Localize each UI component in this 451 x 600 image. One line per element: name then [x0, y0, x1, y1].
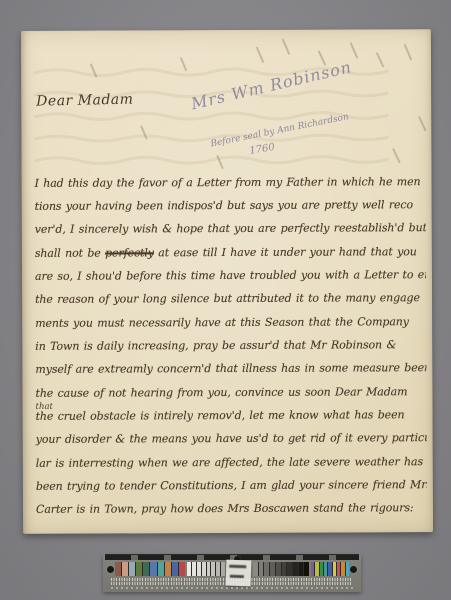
- registration-dot-right: [350, 566, 357, 573]
- ruler-ticks-row1: [111, 578, 353, 581]
- struck-word: perfectly: [105, 246, 154, 259]
- body-line: in Town is daily increasing, pray be ass…: [35, 338, 426, 353]
- color-patch: [264, 562, 269, 576]
- body-line: shall not be perfectly at ease till I ha…: [35, 245, 426, 260]
- color-patch: [324, 562, 327, 576]
- color-patch: [320, 562, 323, 576]
- body-line: the cruel obstacle is intirely remov'd, …: [36, 408, 427, 423]
- color-patch: [299, 562, 304, 576]
- color-patch: [197, 562, 201, 576]
- registration-dot-left: [107, 566, 114, 573]
- color-patch: [165, 562, 171, 576]
- scanned-letter-photo: Dear Madam Mrs Wm Robinson Before seal b…: [0, 0, 451, 600]
- color-patch: [315, 562, 318, 576]
- color-patch: [346, 562, 349, 576]
- color-patch: [270, 562, 275, 576]
- color-patch: [187, 562, 191, 576]
- dark-ramp: [253, 562, 309, 576]
- right-patches: [311, 562, 349, 576]
- color-patch: [216, 562, 220, 576]
- color-patch: [328, 562, 331, 576]
- color-patch: [259, 562, 264, 576]
- color-patch: [333, 562, 336, 576]
- body-line: the reason of your long silence but attr…: [35, 291, 426, 306]
- color-patch: [282, 562, 287, 576]
- color-patch: [311, 562, 314, 576]
- color-patch: [341, 562, 344, 576]
- color-patch: [221, 562, 225, 576]
- light-ramp: [187, 562, 225, 576]
- micro-text-row: [111, 587, 353, 590]
- body-line: your disorder & the means you have us'd …: [36, 431, 427, 446]
- body-line: are so, I shou'd before this time have t…: [35, 268, 426, 283]
- body-line-segment: shall not be: [35, 247, 105, 260]
- salutation: Dear Madam: [36, 92, 134, 110]
- body-line-segment: at ease till I have it under your hand t…: [154, 245, 417, 259]
- color-patch: [136, 562, 142, 576]
- body-line: been trying to tender Constitutions, I a…: [36, 478, 427, 493]
- color-patch: [172, 562, 178, 576]
- color-patch: [179, 562, 185, 576]
- ruler-ticks-row2: [111, 582, 353, 585]
- pencil-annotation-name: Mrs Wm Robinson: [189, 57, 354, 113]
- label-marking: [229, 565, 246, 569]
- body-line: lar is interresting when we are affected…: [36, 455, 427, 470]
- body-line: the cause of not hearing from you, convi…: [35, 385, 426, 400]
- color-patch: [158, 562, 164, 576]
- color-patch: [150, 562, 156, 576]
- color-patch: [211, 562, 215, 576]
- color-patch: [253, 562, 258, 576]
- letter-page: Dear Madam Mrs Wm Robinson Before seal b…: [21, 29, 433, 534]
- color-patch: [293, 562, 298, 576]
- color-patch: [192, 562, 196, 576]
- body-line: I had this day the favor of a Letter fro…: [35, 175, 426, 190]
- pencil-annotation-date: 1760: [249, 142, 276, 157]
- pencil-annotation-note: Before seal by Ann Richardson: [210, 112, 350, 149]
- color-patch: [276, 562, 281, 576]
- body-line: ver'd, I sincerely wish & hope that you …: [35, 221, 426, 236]
- body-line: Carter is in Town, pray how does Mrs Bos…: [36, 501, 427, 516]
- color-patch: [202, 562, 206, 576]
- color-calibration-bar: [103, 554, 361, 592]
- color-patch: [129, 562, 135, 576]
- color-patch: [115, 562, 121, 576]
- color-patch: [143, 562, 149, 576]
- color-patch: [337, 562, 340, 576]
- color-patch: [287, 562, 292, 576]
- left-patches: [115, 562, 185, 576]
- color-patch: [304, 562, 309, 576]
- color-patch: [122, 562, 128, 576]
- color-patch: [207, 562, 211, 576]
- body-line: myself are extreamly concern'd that illn…: [35, 361, 426, 376]
- body-line: ments you must necessarily have at this …: [35, 315, 426, 330]
- body-line: tions your having been indispos'd but sa…: [35, 198, 426, 213]
